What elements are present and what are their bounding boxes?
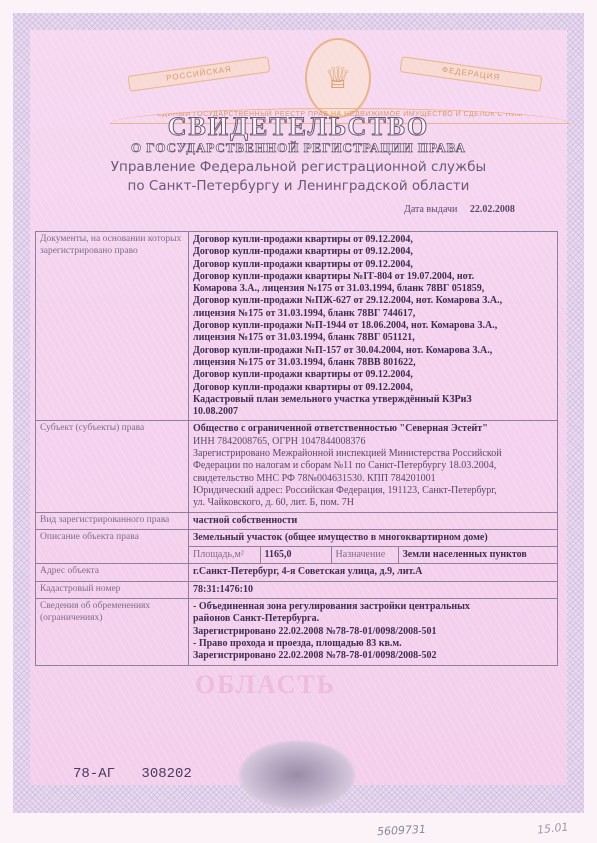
- ribbon-russian: РОССИЙСКАЯ: [128, 56, 271, 92]
- subject-detail-line: Зарегистрировано Межрайонной инспекцией …: [193, 448, 553, 460]
- encumbrance-line: Зарегистрировано 22.02.2008 №78-78-01/00…: [193, 626, 553, 638]
- issuing-authority: Управление Федеральной регистрационной с…: [0, 158, 597, 196]
- certificate-subtitle: о государственной регистрации права: [0, 140, 597, 156]
- document-line: Договор купли-продажи квартиры от 09.12.…: [193, 234, 553, 246]
- certificate-title: СВИДЕТЕЛЬСТВО: [0, 112, 597, 142]
- row-right-type: Вид зарегистрированного права частной со…: [36, 512, 558, 529]
- document-line: Договор купли-продажи №П-157 от 30.04.20…: [193, 345, 553, 357]
- handwritten-note-1: 5609731: [377, 823, 427, 839]
- documents-list: Договор купли-продажи квартиры от 09.12.…: [189, 232, 558, 421]
- document-line: Договор купли-продажи квартиры №IТ-804 о…: [193, 271, 553, 283]
- document-line: лицензия №175 от 31.03.1994, бланк 78ВГ …: [193, 308, 553, 320]
- ribbon-federation: ФЕДЕРАЦИЯ: [400, 56, 543, 92]
- emblem-band: РОССИЙСКАЯ ФЕДЕРАЦИЯ ♕ ЕДИНЫЙ ГОСУДАРСТВ…: [40, 30, 560, 90]
- object-details-grid: Площадь,м² 1165,0 Назначение Земли насел…: [189, 547, 557, 563]
- encumbrances-label: Сведения об обременениях (ограничениях): [36, 599, 189, 665]
- subject-detail-line: ИНН 7842008765, ОГРН 1047844008376: [193, 436, 553, 448]
- encumbrance-line: районов Санкт-Петербурга.: [193, 613, 553, 625]
- authority-line-1: Управление Федеральной регистрационной с…: [0, 158, 597, 177]
- row-object: Описание объекта права Земельный участок…: [36, 529, 558, 546]
- subject-value: Общество с ограниченной ответственностью…: [189, 421, 558, 512]
- form-series: 78-АГ: [73, 766, 115, 782]
- subject-detail-line: ул. Чайковского, д. 60, лит. Б, пом. 7Н: [193, 497, 553, 509]
- registration-table: Документы, на основании которых зарегист…: [35, 231, 558, 666]
- subject-detail-line: Федерации по налогам и сборам №11 по Сан…: [193, 460, 553, 472]
- row-cadastral: Кадастровый номер 78:31:1476:10: [36, 581, 558, 598]
- encumbrance-line: - Право прохода и проезда, площадью 83 к…: [193, 638, 553, 650]
- subject-detail-line: свидетельство МНС РФ 78№004631530. КПП 7…: [193, 473, 553, 485]
- issue-date: Дата выдачи 22.02.2008: [404, 204, 515, 215]
- document-line: лицензия №175 от 31.03.1994, бланк 78ВГ …: [193, 332, 553, 344]
- encumbrance-line: Зарегистрировано 22.02.2008 №78-78-01/00…: [193, 650, 553, 662]
- document-line: Комарова З.А., лицензия №175 от 31.03.19…: [193, 283, 553, 295]
- document-line: Договор купли-продажи квартиры от 09.12.…: [193, 259, 553, 271]
- row-subject: Субъект (субъекты) права Общество с огра…: [36, 421, 558, 512]
- security-rosette-icon: [238, 740, 356, 810]
- document-line: Договор купли-продажи квартиры от 09.12.…: [193, 382, 553, 394]
- address-label: Адрес объекта: [36, 564, 189, 581]
- subject-label: Субъект (субъекты) права: [36, 421, 189, 512]
- document-line: Договор купли-продажи квартиры от 09.12.…: [193, 369, 553, 381]
- document-line: 10.08.2007: [193, 406, 553, 418]
- cadastral-label: Кадастровый номер: [36, 581, 189, 598]
- watermark-text: ОБЛАСТЬ: [195, 670, 336, 700]
- object-details: Площадь,м² 1165,0 Назначение Земли насел…: [189, 547, 558, 564]
- handwritten-note-2: 15.01: [536, 820, 569, 836]
- area-value: 1165,0: [260, 547, 331, 563]
- purpose-value: Земли населенных пунктов: [398, 547, 557, 563]
- subject-detail-line: Юридический адрес: Российская Федерация,…: [193, 485, 553, 497]
- document-line: Договор купли-продажи квартиры от 09.12.…: [193, 246, 553, 258]
- issue-date-value: 22.02.2008: [470, 204, 515, 215]
- document-line: Договор купли-продажи №П-1944 от 18.06.2…: [193, 320, 553, 332]
- document-line: Договор купли-продажи №ПЖ-627 от 29.12.2…: [193, 295, 553, 307]
- form-serial: 308202: [141, 766, 191, 782]
- row-documents: Документы, на основании которых зарегист…: [36, 232, 558, 421]
- form-number: 78-АГ 308202: [73, 766, 192, 782]
- object-value: Земельный участок (общее имущество в мно…: [189, 529, 558, 546]
- purpose-label: Назначение: [331, 547, 398, 563]
- coat-of-arms-icon: ♕: [305, 38, 371, 118]
- area-label: Площадь,м²: [189, 547, 260, 563]
- row-encumbrances: Сведения об обременениях (ограничениях) …: [36, 599, 558, 665]
- encumbrances-list: - Объединенная зона регулирования застро…: [189, 599, 558, 665]
- issue-date-label: Дата выдачи: [404, 204, 457, 215]
- document-line: Кадастровый план земельного участка утве…: [193, 394, 553, 406]
- object-label: Описание объекта права: [36, 529, 189, 564]
- subject-name: Общество с ограниченной ответственностью…: [193, 423, 553, 435]
- encumbrance-line: - Объединенная зона регулирования застро…: [193, 601, 553, 613]
- authority-line-2: по Санкт-Петербургу и Ленинградской обла…: [0, 177, 597, 196]
- document-line: лицензия №175 от 31.03.1994, бланк 78ВВ …: [193, 357, 553, 369]
- cadastral-number: 78:31:1476:10: [189, 581, 558, 598]
- row-address: Адрес объекта г.Санкт-Петербург, 4-я Сов…: [36, 564, 558, 581]
- documents-label: Документы, на основании которых зарегист…: [36, 232, 189, 421]
- right-type-label: Вид зарегистрированного права: [36, 512, 189, 529]
- right-type-value: частной собственности: [189, 512, 558, 529]
- certificate-sheet: РОССИЙСКАЯ ФЕДЕРАЦИЯ ♕ ЕДИНЫЙ ГОСУДАРСТВ…: [0, 0, 597, 843]
- address-value: г.Санкт-Петербург, 4-я Советская улица, …: [189, 564, 558, 581]
